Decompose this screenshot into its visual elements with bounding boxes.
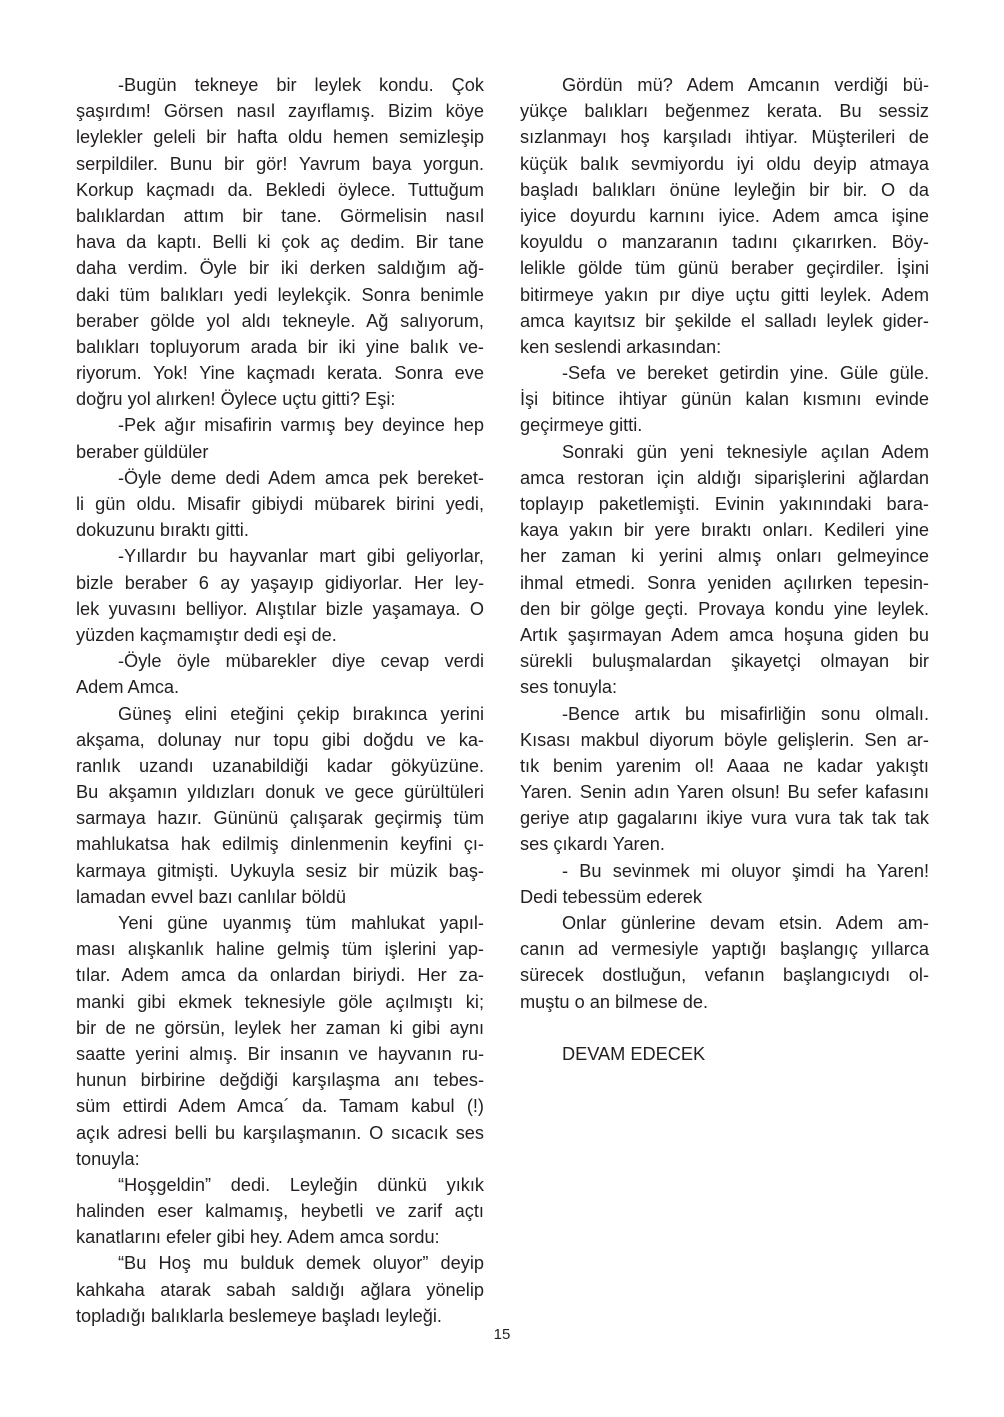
text-line: -Sefa ve bereket getirdin yine. Güle gül…	[520, 360, 929, 386]
text-line: Onlar günlerine devam etsin. Adem am-	[520, 910, 929, 936]
paragraph: Sonraki gün yeni teknesiyle açılan Adema…	[520, 439, 929, 701]
text-line: Adem Amca.	[76, 674, 484, 700]
text-line: yüzden kaçmamıştır dedi eşi de.	[76, 622, 484, 648]
text-line: “Bu Hoş mu bulduk demek oluyor” deyip	[76, 1250, 484, 1276]
paragraph: “Bu Hoş mu bulduk demek oluyor” deyipkah…	[76, 1250, 484, 1329]
text-line: daha verdim. Öyle bir iki derken saldığı…	[76, 255, 484, 281]
text-line: mahlukatsa hak edilmiş dinlenmenin keyfi…	[76, 831, 484, 857]
text-line: İşi bitince ihtiyar günün kalan kısmını …	[520, 386, 929, 412]
text-line: Bu akşamın yıldızları donuk ve gece gürü…	[76, 779, 484, 805]
text-line: dokuzunu bıraktı gitti.	[76, 517, 484, 543]
paragraph: -Bence artık bu misafirliğin sonu olmalı…	[520, 701, 929, 858]
text-line: lamadan evvel bazı canlılar böldü	[76, 884, 484, 910]
text-line: -Öyle öyle mübarekler diye cevap verdi	[76, 648, 484, 674]
paragraph: -Bugün tekneye bir leylek kondu. Çokşaşı…	[76, 72, 484, 412]
text-line: Güneş elini eteğini çekip bırakınca yeri…	[76, 701, 484, 727]
text-line: Artık şaşırmayan Adem amca hoşuna giden …	[520, 622, 929, 648]
text-line: Gördün mü? Adem Amcanın verdiği bü-	[520, 72, 929, 98]
paragraph: Gördün mü? Adem Amcanın verdiği bü-yükçe…	[520, 72, 929, 360]
paragraph: -Pek ağır misafirin varmış bey deyince h…	[76, 412, 484, 464]
text-line: süm ettirdi Adem Amca´ da. Tamam kabul (…	[76, 1093, 484, 1119]
spacer	[520, 1015, 929, 1041]
text-line: ması alışkanlık haline gelmiş tüm işleri…	[76, 936, 484, 962]
text-line: Sonraki gün yeni teknesiyle açılan Adem	[520, 439, 929, 465]
text-line: lek yuvasını belliyor. Alıştılar bizle y…	[76, 596, 484, 622]
text-line: Kısası makbul diyorum böyle gelişlerin. …	[520, 727, 929, 753]
text-line: yükçe balıkları beğenmez kerata. Bu sess…	[520, 98, 929, 124]
text-line: ken seslendi arkasından:	[520, 334, 929, 360]
text-line: tonuyla:	[76, 1146, 484, 1172]
text-line: amca kayıtsız bir şekilde el salladı ley…	[520, 308, 929, 334]
text-line: -Bence artık bu misafirliğin sonu olmalı…	[520, 701, 929, 727]
paragraph: -Öyle öyle mübarekler diye cevap verdiAd…	[76, 648, 484, 700]
text-line: iyice doyurdu karnını iyice. Adem amca i…	[520, 203, 929, 229]
text-line: den bir gölge geçti. Provaya kondu yine …	[520, 596, 929, 622]
text-line: halinden eser kalmamış, heybetli ve zari…	[76, 1198, 484, 1224]
paragraph: Yeni güne uyanmış tüm mahlukat yapıl-mas…	[76, 910, 484, 1172]
text-line: muştu o an bilmese de.	[520, 989, 929, 1015]
text-line: küçük balık sevmiyordu iyi oldu deyip at…	[520, 151, 929, 177]
text-line: şaşırdım! Görsen nasıl zayıflamış. Bizim…	[76, 98, 484, 124]
text-line: doğru yol alırken! Öylece uçtu gitti? Eş…	[76, 386, 484, 412]
text-line: Dedi tebessüm ederek	[520, 884, 929, 910]
text-line: bir de ne görsün, leylek her zaman ki gi…	[76, 1015, 484, 1041]
text-line: amca restoran için aldığı siparişlerini …	[520, 465, 929, 491]
text-line: sızlanmayı hoş karşıladı ihtiyar. Müşter…	[520, 124, 929, 150]
paragraph: - Bu sevinmek mi oluyor şimdi ha Yaren!D…	[520, 858, 929, 910]
paragraph: Onlar günlerine devam etsin. Adem am-can…	[520, 910, 929, 1015]
text-line: her zaman ki yerini almış onları gelmeyi…	[520, 543, 929, 569]
text-line: “Hoşgeldin” dedi. Leyleğin dünkü yıkık	[76, 1172, 484, 1198]
text-line: lelikle gölde tüm günü beraber geçirdile…	[520, 255, 929, 281]
text-line: tık benim yarenim ol! Aaaa ne kadar yakı…	[520, 753, 929, 779]
text-line: koyuldu o manzaranın tadını çıkarırken. …	[520, 229, 929, 255]
text-line: sürecek dostluğun, vefanın başlangıcıydı…	[520, 962, 929, 988]
text-line: geriye atıp gagalarını ikiye vura vura t…	[520, 805, 929, 831]
text-line: hava da kaptı. Belli ki çok aç dedim. Bi…	[76, 229, 484, 255]
text-line: tılar. Adem amca da onlardan biriydi. He…	[76, 962, 484, 988]
text-line: saatte yerini almış. Bir insanın ve hayv…	[76, 1041, 484, 1067]
paragraph: -Sefa ve bereket getirdin yine. Güle gül…	[520, 360, 929, 439]
text-line: ses tonuyla:	[520, 674, 929, 700]
text-line: ranlık uzandı uzanabildiği kadar gökyüzü…	[76, 753, 484, 779]
text-line: riyorum. Yok! Yine kaçmadı kerata. Sonra…	[76, 360, 484, 386]
text-line: leylekler geleli bir hafta oldu hemen se…	[76, 124, 484, 150]
text-line: -Öyle deme dedi Adem amca pek bereket-	[76, 465, 484, 491]
text-line: karmaya gitmişti. Uykuyla sesiz bir müzi…	[76, 858, 484, 884]
text-line: kanatlarını efeler gibi hey. Adem amca s…	[76, 1224, 484, 1250]
text-line: sarmaya hazır. Gününü çalışarak geçirmiş…	[76, 805, 484, 831]
text-line: kaya yakın bir yere bıraktı onları. Kedi…	[520, 517, 929, 543]
text-line: sürekli buluşmalardan şikayetçi olmayan …	[520, 648, 929, 674]
text-line: bizle beraber 6 ay yaşayıp gidiyorlar. H…	[76, 570, 484, 596]
text-line: geçirmeye gitti.	[520, 412, 929, 438]
paragraph: -Öyle deme dedi Adem amca pek bereket-li…	[76, 465, 484, 544]
text-line: Korkup kaçmadı da. Bekledi öylece. Tuttu…	[76, 177, 484, 203]
text-line: hunun birbirine değdiği karşılaşma anı t…	[76, 1067, 484, 1093]
text-line: toplayıp paketlemişti. Evinin yakınındak…	[520, 491, 929, 517]
text-line: Yaren. Senin adın Yaren olsun! Bu sefer …	[520, 779, 929, 805]
text-line: kahkaha atarak sabah saldığı ağlara yöne…	[76, 1277, 484, 1303]
page-number: 15	[0, 1326, 1004, 1343]
text-line: manki gibi ekmek teknesiyle göle açılmış…	[76, 989, 484, 1015]
left-column: -Bugün tekneye bir leylek kondu. Çokşaşı…	[76, 72, 484, 1329]
text-line: -Bugün tekneye bir leylek kondu. Çok	[76, 72, 484, 98]
right-column: Gördün mü? Adem Amcanın verdiği bü-yükçe…	[520, 72, 929, 1067]
text-line: -Yıllardır bu hayvanlar mart gibi geliyo…	[76, 543, 484, 569]
text-line: - Bu sevinmek mi oluyor şimdi ha Yaren!	[520, 858, 929, 884]
text-line: ihmal etmedi. Sonra yeniden açılırken te…	[520, 570, 929, 596]
text-line: bitirmeye yakın pır diye uçtu gitti leyl…	[520, 282, 929, 308]
paragraph: “Hoşgeldin” dedi. Leyleğin dünkü yıkıkha…	[76, 1172, 484, 1251]
text-line: li gün oldu. Misafir gibiydi mübarek bir…	[76, 491, 484, 517]
text-line: canın ad vermesiyle yaptığı başlangıç yı…	[520, 936, 929, 962]
text-line: balıklardan attım bir tane. Görmelisin n…	[76, 203, 484, 229]
text-line: ses çıkardı Yaren.	[520, 831, 929, 857]
text-line: başladı balıkları önüne leyleğin bir bir…	[520, 177, 929, 203]
text-line: balıkları topluyorum arada bir iki yine …	[76, 334, 484, 360]
text-line: -Pek ağır misafirin varmış bey deyince h…	[76, 412, 484, 438]
text-line: akşama, dolunay nur topu gibi doğdu ve k…	[76, 727, 484, 753]
closing-note: DEVAM EDECEK	[520, 1041, 929, 1067]
text-line: açık adresi belli bu karşılaşmanın. O sı…	[76, 1120, 484, 1146]
text-line: beraber gölde yol aldı tekneyle. Ağ salı…	[76, 308, 484, 334]
paragraph: Güneş elini eteğini çekip bırakınca yeri…	[76, 701, 484, 911]
text-line: serpildiler. Bunu bir gör! Yavrum baya y…	[76, 151, 484, 177]
text-line: daki tüm balıkları yedi leylekçik. Sonra…	[76, 282, 484, 308]
text-line: Yeni güne uyanmış tüm mahlukat yapıl-	[76, 910, 484, 936]
paragraph: -Yıllardır bu hayvanlar mart gibi geliyo…	[76, 543, 484, 648]
text-line: beraber güldüler	[76, 439, 484, 465]
